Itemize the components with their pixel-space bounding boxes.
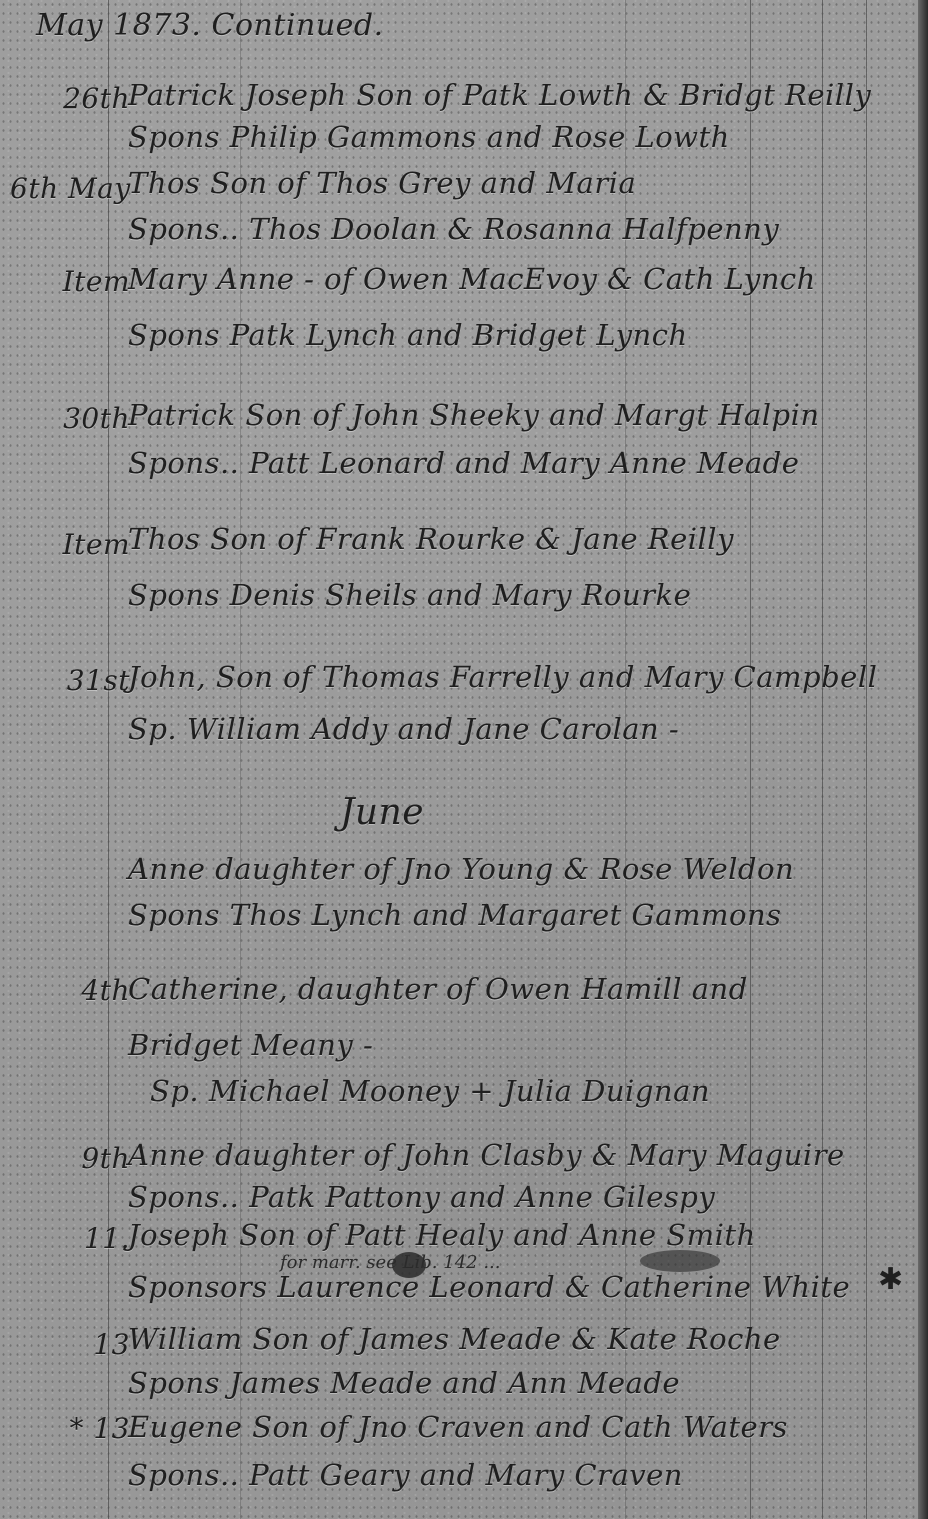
asterisk-mark-icon: ✱ bbox=[878, 1262, 903, 1297]
entry-line: Spons.. Patt Geary and Mary Craven bbox=[128, 1458, 683, 1492]
entry-date: 11. bbox=[10, 1222, 130, 1255]
entry-line: Sp. Michael Mooney + Julia Duignan bbox=[150, 1074, 710, 1108]
entry-line: Spons Thos Lynch and Margaret Gammons bbox=[128, 898, 782, 932]
entry-date: 31st bbox=[10, 664, 130, 697]
entry-line: Anne daughter of John Clasby & Mary Magu… bbox=[128, 1138, 845, 1172]
entry-date: 30th bbox=[10, 402, 130, 435]
entry-line: Sponsors Laurence Leonard & Catherine Wh… bbox=[128, 1270, 850, 1304]
entry-line: Patrick Joseph Son of Patk Lowth & Bridg… bbox=[128, 78, 871, 112]
entry-line: Catherine, daughter of Owen Hamill and bbox=[128, 972, 748, 1006]
entry-line: John, Son of Thomas Farrelly and Mary Ca… bbox=[128, 660, 877, 694]
entry-line: Bridget Meany - bbox=[128, 1028, 373, 1062]
page-edge-shadow bbox=[918, 0, 928, 1519]
month-heading: June bbox=[340, 792, 424, 833]
entry-date: Item bbox=[10, 265, 130, 298]
rule-line bbox=[866, 0, 867, 1519]
entry-date: 13 bbox=[10, 1328, 130, 1361]
margin-rule-line bbox=[108, 0, 109, 1519]
entry-line: Spons Philip Gammons and Rose Lowth bbox=[128, 120, 730, 154]
entry-date: * 13 bbox=[10, 1412, 130, 1445]
ink-blot bbox=[640, 1250, 720, 1272]
entry-line: Patrick Son of John Sheeky and Margt Hal… bbox=[128, 398, 820, 432]
entry-line: Spons.. Patk Pattony and Anne Gilespy bbox=[128, 1180, 715, 1214]
entry-date: 26th bbox=[10, 82, 130, 115]
entry-line: Thos Son of Frank Rourke & Jane Reilly bbox=[128, 522, 734, 556]
page-header: May 1873. Continued. bbox=[36, 8, 384, 43]
entry-line: Sp. William Addy and Jane Carolan - bbox=[128, 712, 679, 746]
entry-date: 4th bbox=[10, 974, 130, 1007]
entry-line: Mary Anne - of Owen MacEvoy & Cath Lynch bbox=[128, 262, 816, 296]
entry-line: Eugene Son of Jno Craven and Cath Waters bbox=[128, 1410, 788, 1444]
entry-line: William Son of James Meade & Kate Roche bbox=[128, 1322, 781, 1356]
entry-line: Spons Denis Sheils and Mary Rourke bbox=[128, 578, 691, 612]
entry-line: Spons James Meade and Ann Meade bbox=[128, 1366, 680, 1400]
register-page: May 1873. Continued. 26th Patrick Joseph… bbox=[0, 0, 928, 1519]
entry-line: Spons.. Thos Doolan & Rosanna Halfpenny bbox=[128, 212, 779, 246]
entry-line: Anne daughter of Jno Young & Rose Weldon bbox=[128, 852, 794, 886]
entry-line: Joseph Son of Patt Healy and Anne Smith bbox=[128, 1218, 756, 1252]
entry-date: 9th bbox=[10, 1142, 130, 1175]
entry-date: Item bbox=[10, 528, 130, 561]
entry-line: Spons.. Patt Leonard and Mary Anne Meade bbox=[128, 446, 799, 480]
entry-date: 6th May bbox=[10, 172, 130, 205]
entry-line: Thos Son of Thos Grey and Maria bbox=[128, 166, 636, 200]
entry-line: Spons Patk Lynch and Bridget Lynch bbox=[128, 318, 688, 352]
